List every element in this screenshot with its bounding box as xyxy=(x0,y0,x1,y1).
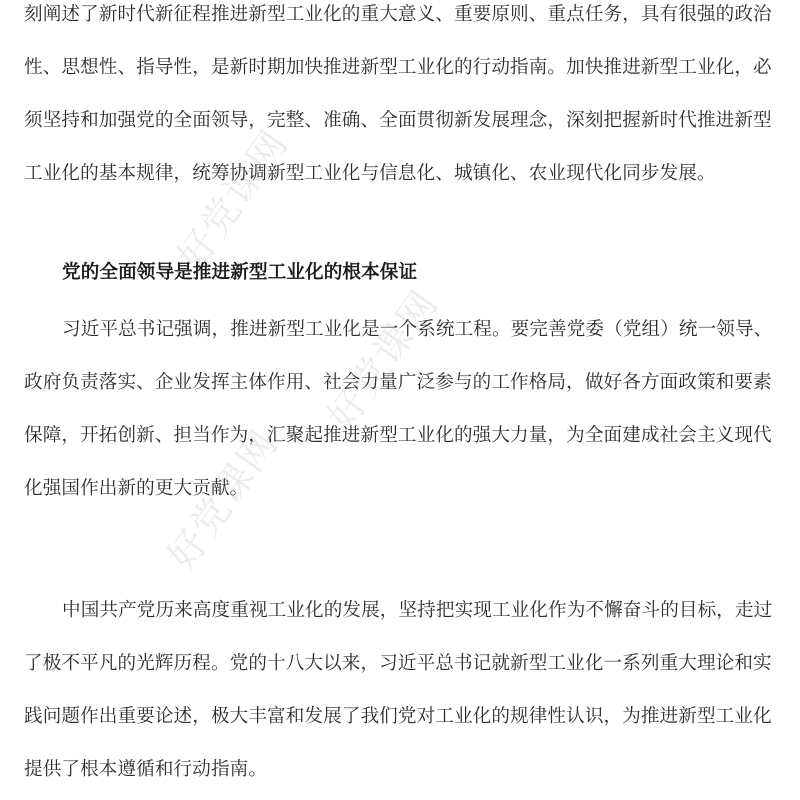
paragraph-3-line-1: 中国共产党历来高度重视工业化的发展，坚持把实现工业化作为不懈奋斗的目标，走过 xyxy=(62,596,772,626)
section-heading: 党的全面领导是推进新型工业化的根本保证 xyxy=(62,258,417,288)
paragraph-3-line-4: 提供了根本遵循和行动指南。 xyxy=(24,755,267,785)
watermark: 好党课网 xyxy=(312,276,449,439)
paragraph-1-line-1: 刻阐述了新时代新征程推进新型工业化的重大意义、重要原则、重点任务，具有很强的政治 xyxy=(24,0,772,30)
paragraph-2-line-3: 保障，开拓创新、担当作为，汇聚起推进新型工业化的强大力量，为全面建成社会主义现代 xyxy=(24,421,772,451)
paragraph-3-line-3: 践问题作出重要论述，极大丰富和发展了我们党对工业化的规律性认识，为推进新型工业化 xyxy=(24,702,772,732)
paragraph-1-line-3: 须坚持和加强党的全面领导，完整、准确、全面贯彻新发展理念，深刻把握新时代推进新型 xyxy=(24,106,772,136)
paragraph-1-line-2: 性、思想性、指导性，是新时期加快推进新型工业化的行动指南。加快推进新型工业化，必 xyxy=(24,53,772,83)
paragraph-2-line-1: 习近平总书记强调，推进新型工业化是一个系统工程。要完善党委（党组）统一领导、 xyxy=(62,315,772,345)
watermark: 好党课网 xyxy=(162,116,299,279)
paragraph-2-line-2: 政府负责落实、企业发挥主体作用、社会力量广泛参与的工作格局，做好各方面政策和要素 xyxy=(24,368,772,398)
paragraph-3-line-2: 了极不平凡的光辉历程。党的十八大以来，习近平总书记就新型工业化一系列重大理论和实 xyxy=(24,649,772,679)
paragraph-2-line-4: 化强国作出新的更大贡献。 xyxy=(24,474,248,504)
paragraph-1-line-4: 工业化的基本规律，统筹协调新型工业化与信息化、城镇化、农业现代化同步发展。 xyxy=(24,159,716,189)
